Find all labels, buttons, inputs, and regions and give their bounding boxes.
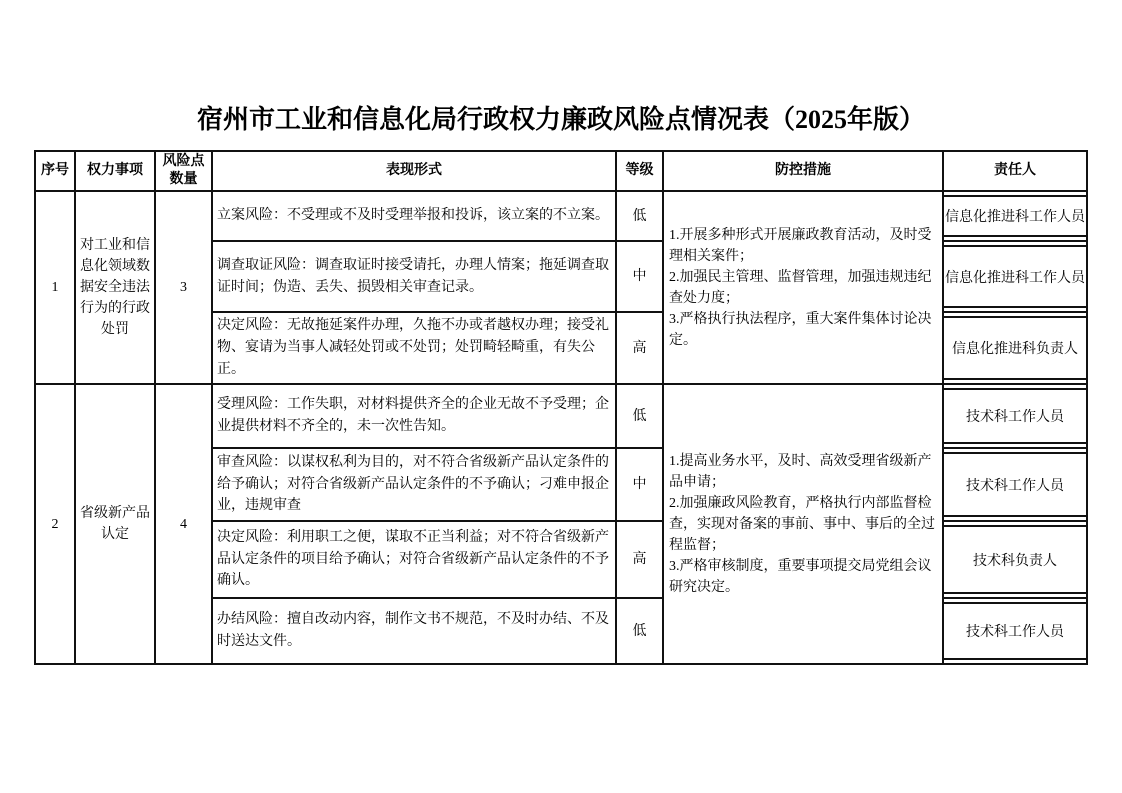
responsible-cell-1-1: 信息化推进科工作人员 xyxy=(944,192,1086,242)
header-level: 等级 xyxy=(617,152,664,192)
group-2-risk-count-cell: 4 xyxy=(156,385,213,663)
responsible-cell-2-4: 技术科工作人员 xyxy=(944,599,1086,663)
header-form: 表现形式 xyxy=(213,152,617,192)
document-page: 宿州市工业和信息化局行政权力廉政风险点情况表（2025年版） 序号 权力事项 风… xyxy=(0,0,1122,793)
responsible-box: 信息化推进科工作人员 xyxy=(944,245,1086,308)
form-cell-1-3: 决定风险：无故拖延案件办理，久拖不办或者越权办理；接受礼物、宴请为当事人减轻处罚… xyxy=(213,313,617,385)
level-cell-1-1: 低 xyxy=(617,192,664,242)
group-2-measures-cell: 1.提高业务水平，及时、高效受理省级新产品申请； 2.加强廉政风险教育，严格执行… xyxy=(664,385,944,663)
risk-table: 序号 权力事项 风险点 数量 表现形式 等级 防控措施 责任人 1 对工业和信息… xyxy=(34,150,1088,665)
form-cell-1-1: 立案风险：不受理或不及时受理举报和投诉，该立案的不立案。 xyxy=(213,192,617,242)
level-cell-1-2: 中 xyxy=(617,242,664,313)
responsible-box: 技术科工作人员 xyxy=(944,388,1086,444)
level-cell-2-4: 低 xyxy=(617,599,664,663)
responsible-cell-2-2: 技术科工作人员 xyxy=(944,449,1086,522)
header-measures: 防控措施 xyxy=(664,152,944,192)
header-index: 序号 xyxy=(36,152,76,192)
group-2-index-cell: 2 xyxy=(36,385,76,663)
form-cell-2-4: 办结风险：擅自改动内容，制作文书不规范，不及时办结、不及时送达文件。 xyxy=(213,599,617,663)
group-1-index-cell: 1 xyxy=(36,192,76,385)
group-2-power-item-cell: 省级新产品认定 xyxy=(76,385,156,663)
page-title: 宿州市工业和信息化局行政权力廉政风险点情况表（2025年版） xyxy=(0,0,1122,138)
level-cell-2-2: 中 xyxy=(617,449,664,522)
header-risk-count: 风险点 数量 xyxy=(156,152,213,192)
responsible-cell-2-3: 技术科负责人 xyxy=(944,522,1086,599)
header-responsible: 责任人 xyxy=(944,152,1086,192)
level-cell-2-3: 高 xyxy=(617,522,664,599)
responsible-box: 信息化推进科工作人员 xyxy=(944,195,1086,237)
responsible-box: 信息化推进科负责人 xyxy=(944,316,1086,380)
form-cell-1-2: 调查取证风险：调查取证时接受请托，办理人情案；拖延调查取证时间；伪造、丢失、损毁… xyxy=(213,242,617,313)
form-cell-2-3: 决定风险：利用职工之便，谋取不正当利益；对不符合省级新产品认定条件的项目给予确认… xyxy=(213,522,617,599)
form-cell-2-1: 受理风险：工作失职，对材料提供齐全的企业无故不予受理；企业提供材料不齐全的，未一… xyxy=(213,385,617,449)
responsible-cell-2-1: 技术科工作人员 xyxy=(944,385,1086,449)
group-1-power-item-cell: 对工业和信息化领域数据安全违法行为的行政处罚 xyxy=(76,192,156,385)
header-power-item: 权力事项 xyxy=(76,152,156,192)
form-cell-2-2: 审查风险：以谋权私利为目的，对不符合省级新产品认定条件的给予确认；对符合省级新产… xyxy=(213,449,617,522)
level-cell-2-1: 低 xyxy=(617,385,664,449)
responsible-cell-1-2: 信息化推进科工作人员 xyxy=(944,242,1086,313)
group-1-risk-count-cell: 3 xyxy=(156,192,213,385)
responsible-box: 技术科工作人员 xyxy=(944,602,1086,660)
group-1-measures-cell: 1.开展多种形式开展廉政教育活动，及时受理相关案件； 2.加强民主管理、监督管理… xyxy=(664,192,944,385)
responsible-cell-1-3: 信息化推进科负责人 xyxy=(944,313,1086,385)
responsible-box: 技术科负责人 xyxy=(944,525,1086,594)
level-cell-1-3: 高 xyxy=(617,313,664,385)
responsible-box: 技术科工作人员 xyxy=(944,452,1086,517)
